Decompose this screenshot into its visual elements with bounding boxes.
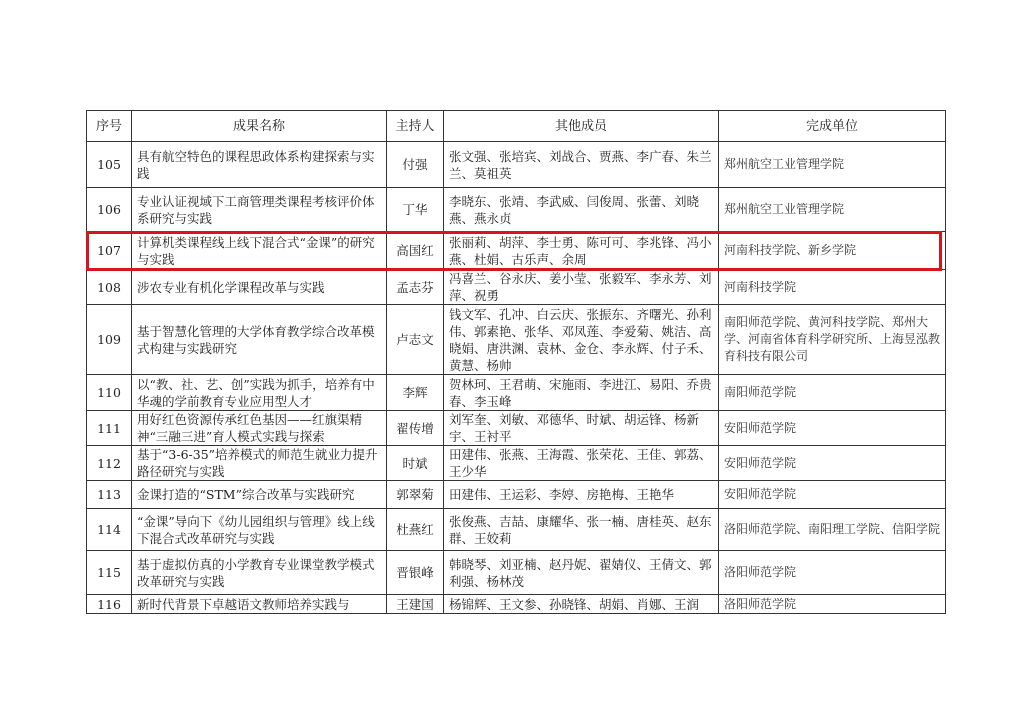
table-row: 113 金课打造的“STM”综合改革与实践研究 郭翠菊 田建伟、王运彩、李婷、房… — [87, 481, 946, 509]
completion-unit: 洛阳师范学院 — [719, 595, 946, 614]
header-host: 主持人 — [387, 111, 444, 142]
table-row: 108 涉农专业有机化学课程改革与实践 孟志芬 冯喜兰、谷永庆、姜小莹、张毅军、… — [87, 270, 946, 305]
header-no: 序号 — [87, 111, 132, 142]
other-members: 韩晓琴、刘亚楠、赵丹妮、翟婧仪、王倩文、郭利强、杨林茂 — [444, 551, 719, 595]
table-row: 109 基于智慧化管理的大学体育教学综合改革模式构建与实践研究 卢志文 钱文军、… — [87, 305, 946, 375]
completion-unit: 洛阳师范学院 — [719, 551, 946, 595]
header-title: 成果名称 — [132, 111, 387, 142]
row-number: 111 — [87, 411, 132, 446]
host-name: 时斌 — [387, 446, 444, 481]
row-number: 113 — [87, 481, 132, 509]
host-name: 丁华 — [387, 188, 444, 232]
row-number: 114 — [87, 509, 132, 551]
host-name: 王建国 — [387, 595, 444, 614]
row-number: 112 — [87, 446, 132, 481]
other-members: 田建伟、王运彩、李婷、房艳梅、王艳华 — [444, 481, 719, 509]
row-number: 107 — [87, 232, 132, 270]
row-number: 109 — [87, 305, 132, 375]
achievement-title: 专业认证视域下工商管理类课程考核评价体系研究与实践 — [132, 188, 387, 232]
achievement-title: 新时代背景下卓越语文教师培养实践与 — [132, 595, 387, 614]
table-row: 114 “金课”导向下《幼儿园组织与管理》线上线下混合式改革研究与实践 杜燕红 … — [87, 509, 946, 551]
row-number: 110 — [87, 375, 132, 411]
header-members: 其他成员 — [444, 111, 719, 142]
achievement-title: 具有航空特色的课程思政体系构建探索与实践 — [132, 142, 387, 188]
completion-unit: 洛阳师范学院、南阳理工学院、信阳学院 — [719, 509, 946, 551]
table-row: 112 基于“3-6-35”培养模式的师范生就业力提升路径研究与实践 时斌 田建… — [87, 446, 946, 481]
table-row-highlighted: 107 计算机类课程线上线下混合式“金课”的研究与实践 高国红 张丽莉、胡萍、李… — [87, 232, 946, 270]
host-name: 李辉 — [387, 375, 444, 411]
completion-unit: 安阳师范学院 — [719, 481, 946, 509]
host-name: 晋银峰 — [387, 551, 444, 595]
host-name: 翟传增 — [387, 411, 444, 446]
table-row: 105 具有航空特色的课程思政体系构建探索与实践 付强 张文强、张培宾、刘战合、… — [87, 142, 946, 188]
other-members: 田建伟、张燕、王海霞、张荣花、王佳、郭荔、王少华 — [444, 446, 719, 481]
other-members: 钱文军、孔冲、白云庆、张振东、齐曙光、孙利伟、郭素艳、张华、邓凤莲、李爱菊、姚洁… — [444, 305, 719, 375]
row-number: 115 — [87, 551, 132, 595]
completion-unit: 南阳师范学院 — [719, 375, 946, 411]
other-members: 李晓东、张靖、李武威、闫俊周、张蕾、刘晓燕、燕永贞 — [444, 188, 719, 232]
other-members: 刘军奎、刘敏、邓德华、时斌、胡运锋、杨新宇、王衬平 — [444, 411, 719, 446]
achievement-title: “金课”导向下《幼儿园组织与管理》线上线下混合式改革研究与实践 — [132, 509, 387, 551]
host-name: 付强 — [387, 142, 444, 188]
host-name: 杜燕红 — [387, 509, 444, 551]
achievement-title: 涉农专业有机化学课程改革与实践 — [132, 270, 387, 305]
achievement-title: 基于“3-6-35”培养模式的师范生就业力提升路径研究与实践 — [132, 446, 387, 481]
table-row: 115 基于虚拟仿真的小学教育专业课堂教学模式改革研究与实践 晋银峰 韩晓琴、刘… — [87, 551, 946, 595]
host-name: 孟志芬 — [387, 270, 444, 305]
host-name: 高国红 — [387, 232, 444, 270]
other-members: 张文强、张培宾、刘战合、贾燕、李广春、朱兰兰、莫祖英 — [444, 142, 719, 188]
other-members: 贺林珂、王君萌、宋施雨、李进江、易阳、乔贵春、李玉峰 — [444, 375, 719, 411]
row-number: 105 — [87, 142, 132, 188]
completion-unit: 安阳师范学院 — [719, 411, 946, 446]
achievement-title: 金课打造的“STM”综合改革与实践研究 — [132, 481, 387, 509]
table-row: 111 用好红色资源传承红色基因——红旗渠精神“三融三进”育人模式实践与探索 翟… — [87, 411, 946, 446]
header-unit: 完成单位 — [719, 111, 946, 142]
row-number: 116 — [87, 595, 132, 614]
completion-unit: 郑州航空工业管理学院 — [719, 142, 946, 188]
completion-unit: 郑州航空工业管理学院 — [719, 188, 946, 232]
completion-unit: 安阳师范学院 — [719, 446, 946, 481]
host-name: 卢志文 — [387, 305, 444, 375]
achievement-title: 用好红色资源传承红色基因——红旗渠精神“三融三进”育人模式实践与探索 — [132, 411, 387, 446]
completion-unit: 南阳师范学院、黄河科技学院、郑州大学、河南省体育科学研究所、上海昱泓教育科技有限… — [719, 305, 946, 375]
awards-table: 序号 成果名称 主持人 其他成员 完成单位 105 具有航空特色的课程思政体系构… — [86, 110, 946, 614]
achievement-title: 以“教、社、艺、创”实践为抓手，培养有中华魂的学前教育专业应用型人才 — [132, 375, 387, 411]
table-header-row: 序号 成果名称 主持人 其他成员 完成单位 — [87, 111, 946, 142]
achievement-title: 基于虚拟仿真的小学教育专业课堂教学模式改革研究与实践 — [132, 551, 387, 595]
completion-unit: 河南科技学院、新乡学院 — [719, 232, 946, 270]
table-row: 106 专业认证视域下工商管理类课程考核评价体系研究与实践 丁华 李晓东、张靖、… — [87, 188, 946, 232]
other-members: 杨锦辉、王文参、孙晓锋、胡娟、肖娜、王润 — [444, 595, 719, 614]
row-number: 108 — [87, 270, 132, 305]
completion-unit: 河南科技学院 — [719, 270, 946, 305]
achievement-title: 基于智慧化管理的大学体育教学综合改革模式构建与实践研究 — [132, 305, 387, 375]
table-row: 110 以“教、社、艺、创”实践为抓手，培养有中华魂的学前教育专业应用型人才 李… — [87, 375, 946, 411]
table-row: 116 新时代背景下卓越语文教师培养实践与 王建国 杨锦辉、王文参、孙晓锋、胡娟… — [87, 595, 946, 614]
other-members: 张俊燕、吉喆、康耀华、张一楠、唐桂英、赵东群、王姣莉 — [444, 509, 719, 551]
achievement-title: 计算机类课程线上线下混合式“金课”的研究与实践 — [132, 232, 387, 270]
row-number: 106 — [87, 188, 132, 232]
host-name: 郭翠菊 — [387, 481, 444, 509]
other-members: 张丽莉、胡萍、李士勇、陈可可、李兆锋、冯小燕、杜娟、古乐声、余周 — [444, 232, 719, 270]
other-members: 冯喜兰、谷永庆、姜小莹、张毅军、李永芳、刘萍、祝勇 — [444, 270, 719, 305]
